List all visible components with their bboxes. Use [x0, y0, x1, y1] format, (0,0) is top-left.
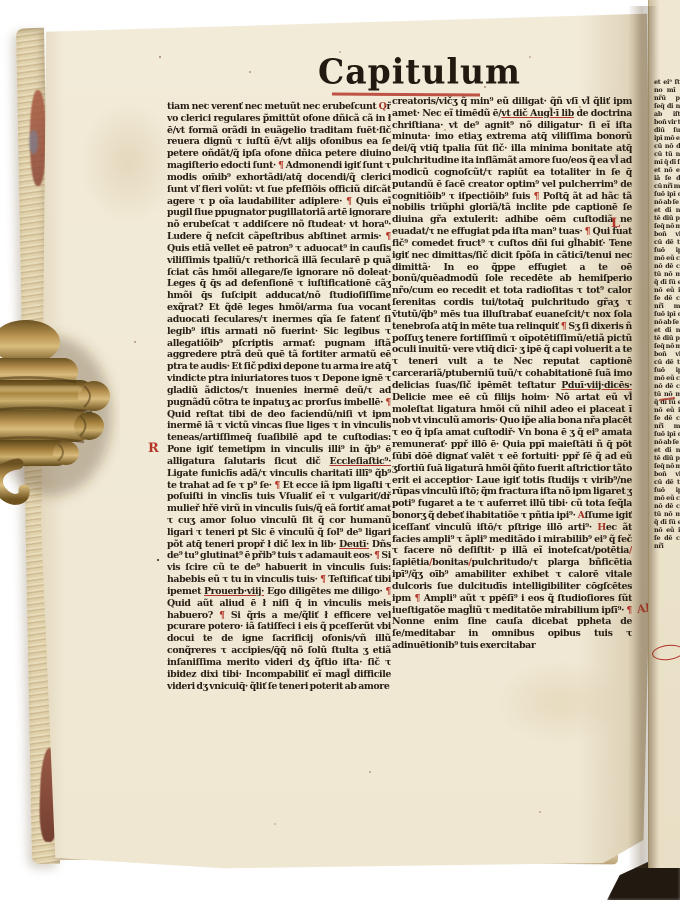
- facing-page-edge: et ei⁹ ſtū no mī q̄ nr̃ū pũ ſeq̄ di nō a…: [648, 0, 680, 868]
- text-segment: ¶: [278, 160, 286, 171]
- text-segment: Pduī·viij·dicēs·: [561, 380, 632, 391]
- text-segment: bonitas: [432, 557, 468, 568]
- text-segment: Nonne enim ſine cauſa dicebat ppheta de …: [392, 616, 632, 651]
- text-segment: ¶: [385, 397, 391, 408]
- text-segment: /: [629, 545, 632, 556]
- text-segment: ¶: [385, 231, 391, 242]
- margin-letter-left: R: [148, 441, 159, 456]
- text-segment: H: [597, 522, 605, 533]
- edge-paint-speck: [29, 130, 38, 154]
- main-page: Capitulum tiam nec verenť nec metuũt nec…: [40, 12, 652, 870]
- text-segment: Ampli⁹ aũt τ ppēſī⁹ i eos q̃ ſtudioſiore…: [392, 593, 632, 616]
- text-column-left: tiam nec verenť nec metuũt nec erubeſcun…: [167, 101, 391, 764]
- text-segment: Quis etiã vellet eē patron⁹ τ aduocat⁹ i…: [167, 243, 391, 408]
- margin-letter-right: L: [611, 216, 620, 231]
- text-segment: ¶: [585, 226, 593, 237]
- chapter-heading: Capitulum: [318, 51, 521, 92]
- text-segment: ¶: [274, 480, 282, 491]
- text-segment: A: [578, 510, 585, 521]
- text-segment: ¶: [414, 593, 423, 604]
- text-column-right: creatoris/vičʒ q̃ min⁹ eũ diligat· q̃ñ v…: [392, 96, 632, 787]
- text-segment: de doctrina chriſtiana· vt de⁹ agnit⁹ nõ…: [392, 108, 632, 202]
- text-segment: Si q̃ris a me/q̃liť ł efficere vel pcura…: [167, 610, 391, 692]
- facing-page-red-circle: [651, 643, 680, 662]
- text-segment: Eccleſiaſtic⁹·: [330, 456, 391, 467]
- text-segment: Deutī·: [339, 539, 369, 550]
- text-segment: ¶: [626, 605, 632, 616]
- text-segment: ſapiētia: [392, 557, 429, 568]
- text-segment: vt dič Augl̄·ī lib: [501, 108, 574, 119]
- brass-clasp: [0, 316, 120, 510]
- text-segment: Prouerb·viij·: [204, 586, 264, 597]
- text-segment: Qui fuat fič⁹ comedet fruct⁹ τ cuſtos dñ…: [392, 226, 632, 332]
- text-segment: ¶: [219, 610, 231, 621]
- text-segment: ¶: [346, 196, 356, 207]
- text-segment: Delicie mee eē cũ filijs hoim· Nõ artat …: [392, 392, 632, 521]
- book-photograph: Capitulum tiam nec verenť nec metuũt nec…: [0, 0, 680, 900]
- text-segment: ¶: [385, 586, 391, 597]
- text-segment: Ego diligētes me diligo·: [264, 586, 385, 597]
- text-segment: ¶: [534, 191, 543, 202]
- facing-page-text: et ei⁹ ſtū no mī q̄ nr̃ū pũ ſeq̄ di nō a…: [654, 78, 680, 550]
- text-segment: tiam nec verenť nec metuũt nec erubeſcun…: [167, 101, 379, 112]
